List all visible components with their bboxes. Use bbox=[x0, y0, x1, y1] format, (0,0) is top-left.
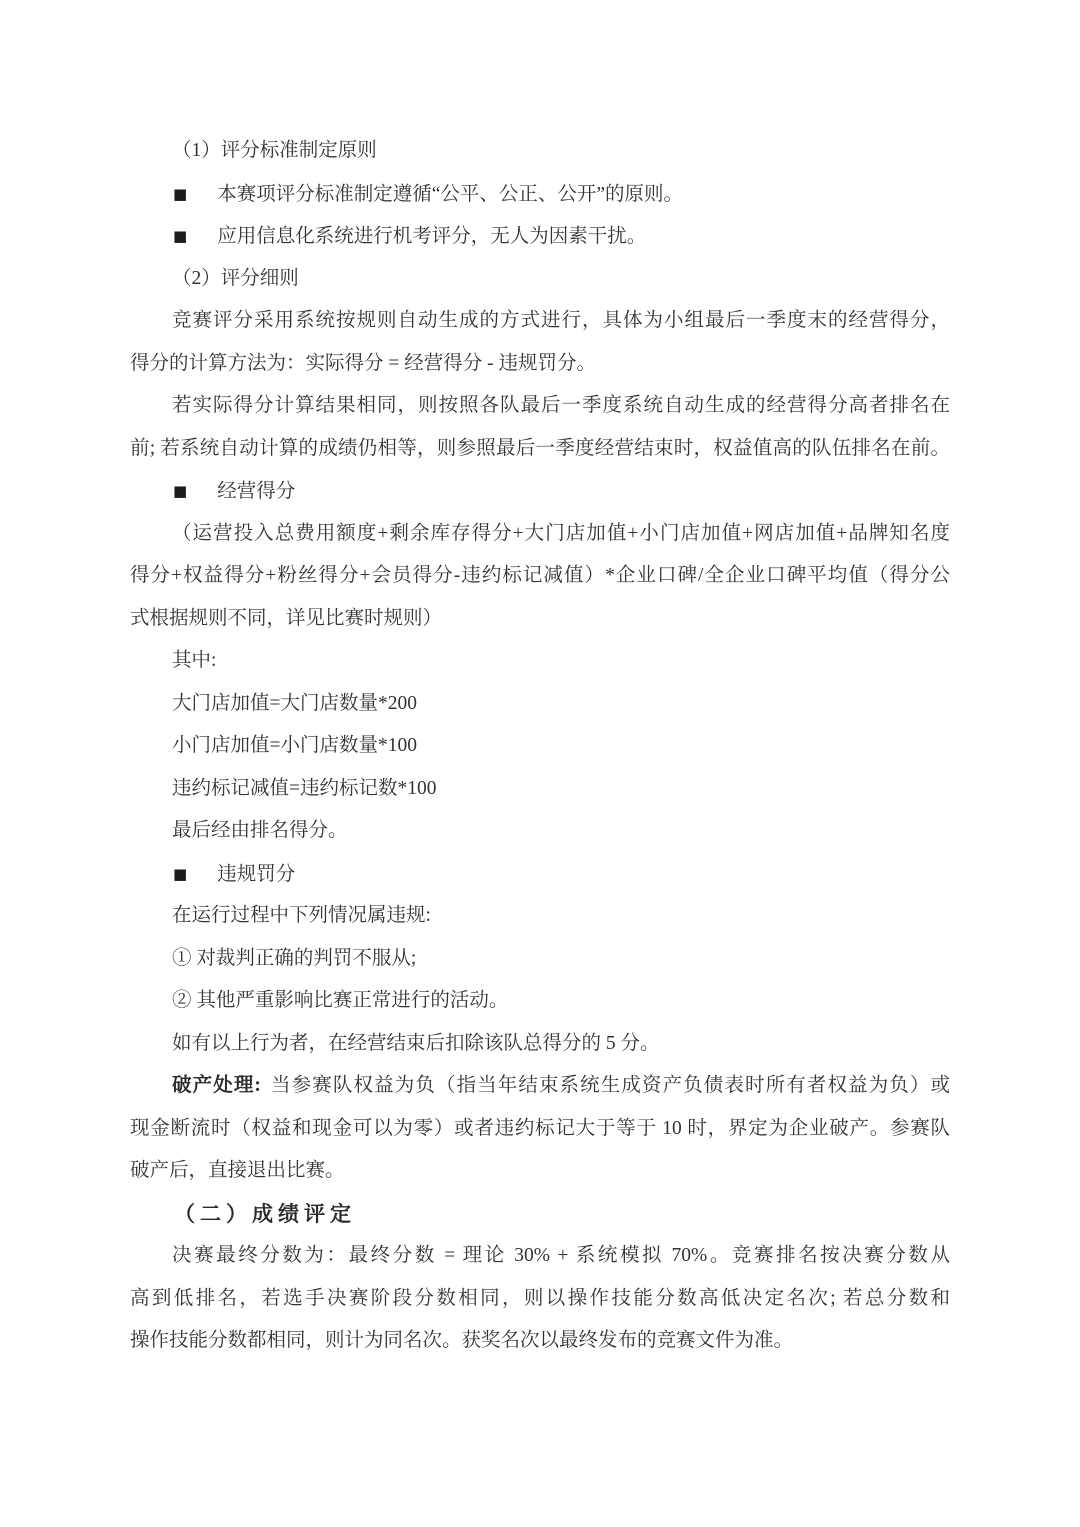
paragraph-line: 决赛最终分数为：最终分数 = 理论 30% + 系统模拟 70%。竞赛排名按决赛… bbox=[130, 1235, 950, 1278]
square-bullet-icon: ■ bbox=[173, 227, 187, 245]
formula-line: 式根据规则不同，详见比赛时规则） bbox=[130, 598, 950, 641]
bullet-item-text: 本赛项评分标准制定遵循“公平、公正、公开”的原则。 bbox=[217, 184, 683, 205]
paragraph-line: 破产处理:当参赛队权益为负（指当年结束系统生成资产负债表时所有者权益为负）或 bbox=[130, 1065, 950, 1108]
paragraph-line: 前; 若系统自动计算的成绩仍相等，则参照最后一季度经营结束时，权益值高的队伍排名… bbox=[130, 428, 950, 471]
paragraph-line: 操作技能分数都相同，则计为同名次。获奖名次以最终发布的竞赛文件为准。 bbox=[130, 1320, 950, 1363]
bullet-item-text: 经营得分 bbox=[217, 481, 295, 502]
paragraph-line: 现金断流时（权益和现金可以为零）或者违约标记大于等于 10 时，界定为企业破产。… bbox=[130, 1108, 950, 1151]
formula-line: 得分+权益得分+粉丝得分+会员得分-违约标记减值）*企业口碑/全企业口碑平均值（… bbox=[130, 555, 950, 598]
paragraph-line: 得分的计算方法为：实际得分 = 经营得分 - 违规罚分。 bbox=[130, 343, 950, 386]
paragraph-line: 若实际得分计算结果相同，则按照各队最后一季度系统自动生成的经营得分高者排名在 bbox=[130, 385, 950, 428]
bullet-item: ■本赛项评分标准制定遵循“公平、公正、公开”的原则。 bbox=[130, 173, 950, 216]
formula-line: 违约标记减值=违约标记数*100 bbox=[130, 768, 950, 811]
bullet-item: ■应用信息化系统进行机考评分，无人为因素干扰。 bbox=[130, 215, 950, 258]
section-heading: （二）成绩评定 bbox=[130, 1193, 950, 1236]
section-subheading: （2）评分细则 bbox=[130, 258, 950, 301]
square-bullet-icon: ■ bbox=[173, 482, 187, 500]
paragraph-line: 如有以上行为者，在经营结束后扣除该队总得分的 5 分。 bbox=[130, 1023, 950, 1066]
paragraph-line: 其中: bbox=[130, 640, 950, 683]
numbered-item: ① 对裁判正确的判罚不服从; bbox=[130, 938, 950, 981]
bold-lead-text: 破产处理: bbox=[172, 1075, 261, 1096]
square-bullet-icon: ■ bbox=[173, 185, 187, 203]
bullet-item-text: 应用信息化系统进行机考评分，无人为因素干扰。 bbox=[217, 226, 646, 247]
numbered-item: ② 其他严重影响比赛正常进行的活动。 bbox=[130, 980, 950, 1023]
bullet-item: ■经营得分 bbox=[130, 470, 950, 513]
paragraph-line: 高到低排名，若选手决赛阶段分数相同，则以操作技能分数高低决定名次; 若总分数和 bbox=[130, 1278, 950, 1321]
formula-line: 小门店加值=小门店数量*100 bbox=[130, 725, 950, 768]
paragraph-line: 破产后，直接退出比赛。 bbox=[130, 1150, 950, 1193]
square-bullet-icon: ■ bbox=[173, 865, 187, 883]
formula-line: （运营投入总费用额度+剩余库存得分+大门店加值+小门店加值+网店加值+品牌知名度 bbox=[130, 513, 950, 556]
paragraph-text: 当参赛队权益为负（指当年结束系统生成资产负债表时所有者权益为负）或 bbox=[270, 1075, 950, 1096]
formula-line: 大门店加值=大门店数量*200 bbox=[130, 683, 950, 726]
section-subheading: （1）评分标准制定原则 bbox=[130, 130, 950, 173]
bullet-item-text: 违规罚分 bbox=[217, 864, 295, 885]
paragraph-line: 在运行过程中下列情况属违规: bbox=[130, 895, 950, 938]
paragraph-line: 竞赛评分采用系统按规则自动生成的方式进行，具体为小组最后一季度末的经营得分， bbox=[130, 300, 950, 343]
paragraph-line: 最后经由排名得分。 bbox=[130, 810, 950, 853]
bullet-item: ■违规罚分 bbox=[130, 853, 950, 896]
document-page: （1）评分标准制定原则 ■本赛项评分标准制定遵循“公平、公正、公开”的原则。 ■… bbox=[0, 0, 1080, 1527]
